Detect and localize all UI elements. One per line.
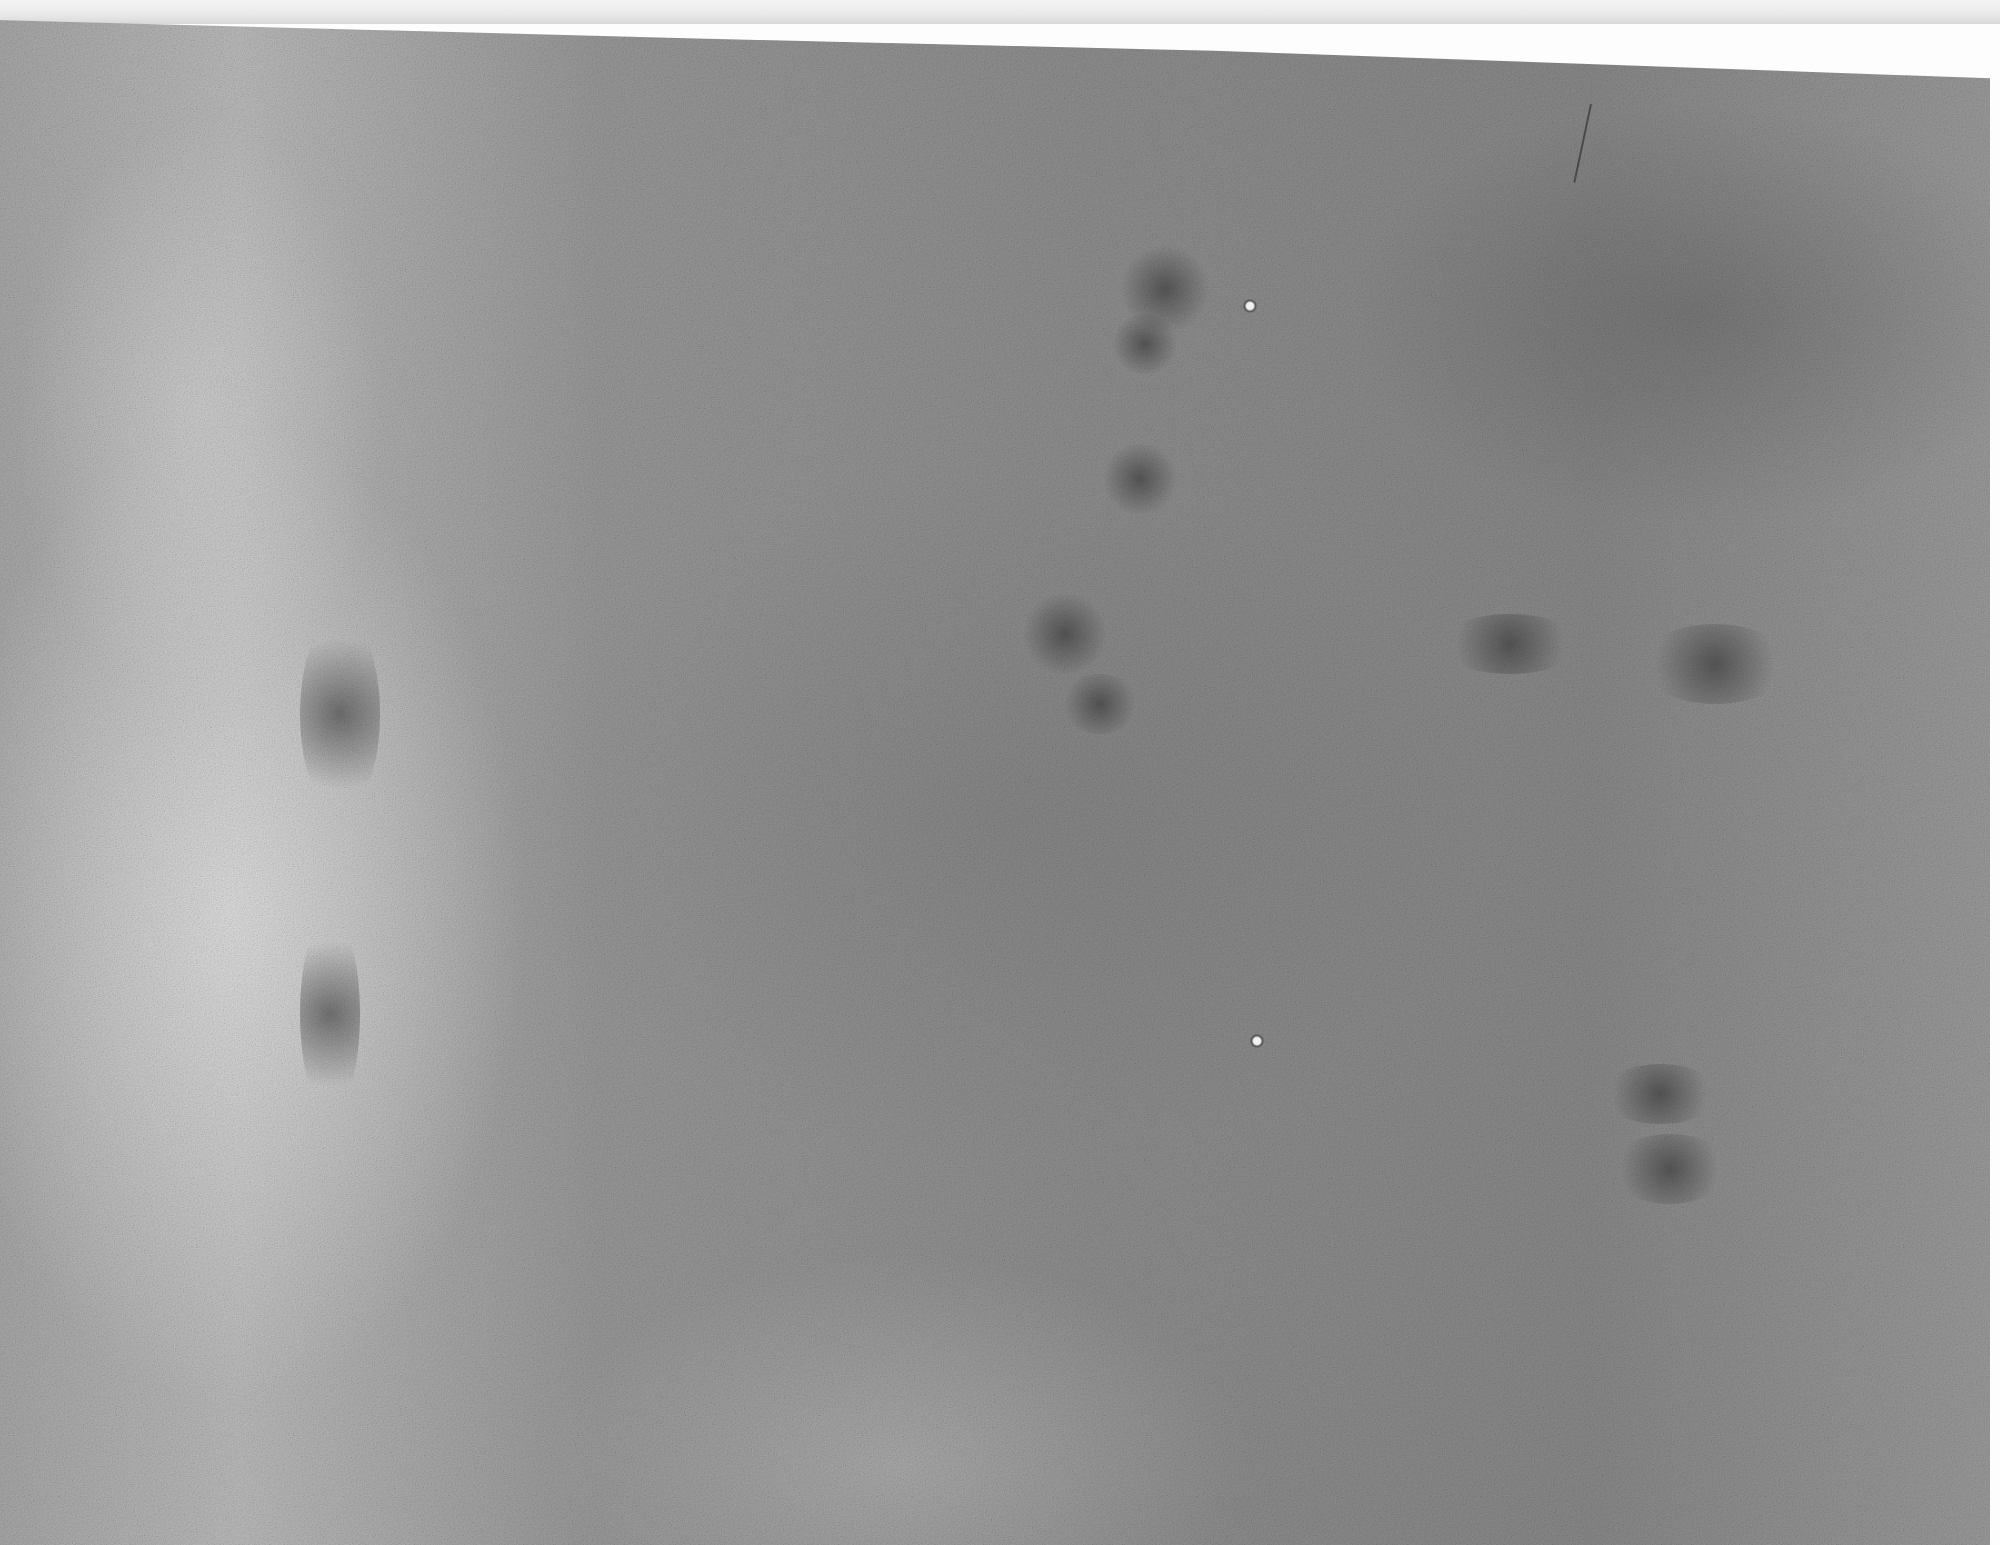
smudge (300, 914, 360, 1114)
smudge (1600, 1064, 1720, 1124)
speck (1243, 299, 1257, 313)
scanned-page: Scanned grainy gray textured surface (co… (0, 0, 2000, 1545)
smudge (1060, 674, 1140, 734)
smudge (1100, 444, 1180, 514)
smudge (300, 614, 380, 814)
surface-grain (0, 14, 1990, 1545)
speck (1250, 1034, 1264, 1048)
top-scan-margin (0, 0, 2000, 24)
smudge (1640, 624, 1790, 704)
textured-surface (0, 14, 1990, 1545)
smudge (1110, 314, 1180, 374)
smudge (1440, 614, 1580, 674)
smudge (1020, 594, 1110, 674)
smudge (1610, 1134, 1730, 1204)
